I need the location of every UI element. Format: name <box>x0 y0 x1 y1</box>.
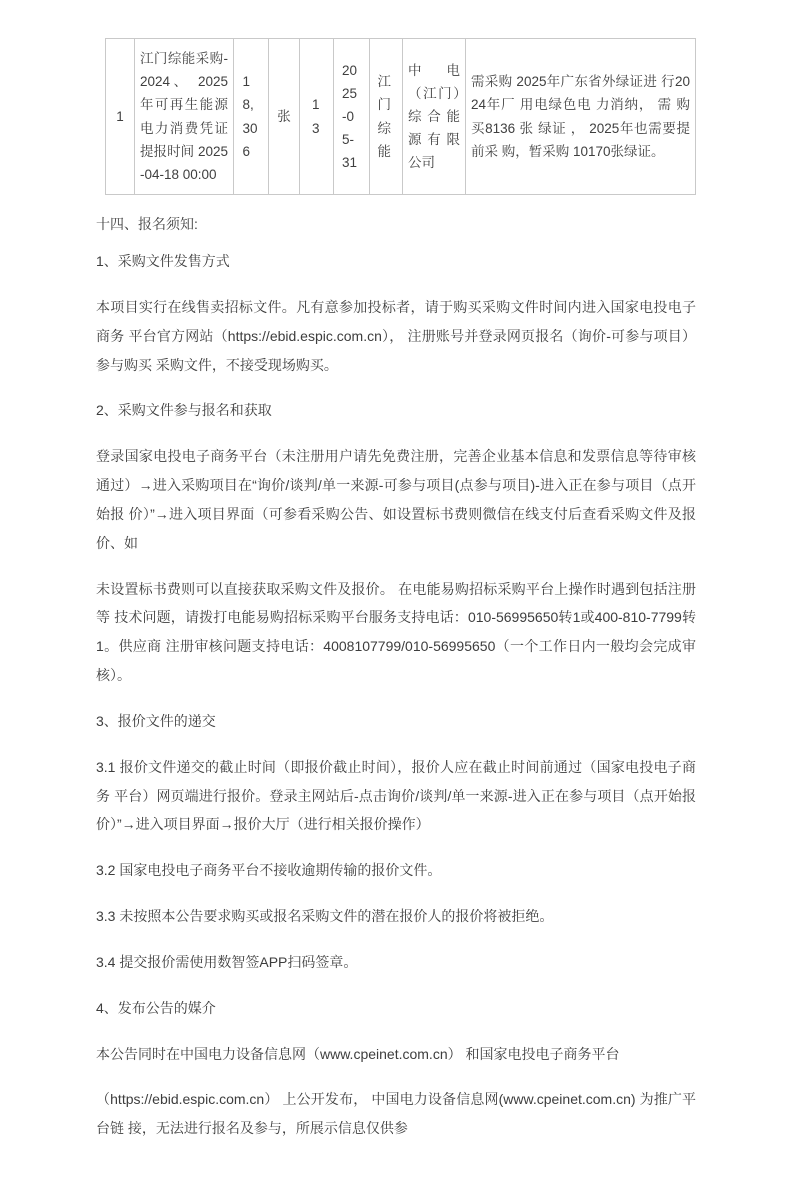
cell-remark: 需采购 2025年广东省外绿证进 行2024年厂 用电绿色电 力消纳， 需 购买… <box>466 39 696 195</box>
paragraph-3-4-signature-app: 3.4 提交报价需使用数智签APP扫码签章。 <box>96 948 696 977</box>
cell-company: 中电（江门）综合能源有限公司 <box>403 39 466 195</box>
heading-signup-and-obtain: 2、采购文件参与报名和获取 <box>96 396 696 425</box>
cell-unit: 张 <box>269 39 300 195</box>
paragraph-3-2-no-late: 3.2 国家电投电子商务平台不接收逾期传输的报价文件。 <box>96 856 696 885</box>
procurement-table: 1 江门综能采购-2024、 2025年可再生能源电力消费凭证 提报时间 202… <box>105 38 696 195</box>
org-name: 江门综能 <box>378 70 395 163</box>
cell-value: 13 <box>300 39 334 195</box>
heading-purchase-file-sale: 1、采购文件发售方式 <box>96 247 696 276</box>
paragraph-online-sale: 本项目实行在线售卖招标文件。凡有意参加投标者，请于购买采购文件时间内进入国家电投… <box>96 293 696 379</box>
paragraph-3-1-deadline: 3.1 报价文件递交的截止时间（即报价截止时间），报价人应在截止时间前通过（国家… <box>96 753 696 839</box>
heading-announcement-media: 4、发布公告的媒介 <box>96 994 696 1023</box>
cell-quantity: 18,306 <box>234 39 269 195</box>
cell-org: 江门综能 <box>370 39 403 195</box>
paragraph-3-3-rejected: 3.3 未按照本公告要求购买或报名采购文件的潜在报价人的报价将被拒绝。 <box>96 902 696 931</box>
table-row: 1 江门综能采购-2024、 2025年可再生能源电力消费凭证 提报时间 202… <box>106 39 696 195</box>
quantity-value: 18,306 <box>243 70 260 163</box>
cell-project-name: 江门综能采购-2024、 2025年可再生能源电力消费凭证 提报时间 2025-… <box>135 39 234 195</box>
paragraph-promo-platform-note: （https://ebid.espic.com.cn） 上公开发布， 中国电力设… <box>96 1085 696 1143</box>
document-page: 1 江门综能采购-2024、 2025年可再生能源电力消费凭证 提报时间 202… <box>0 0 793 1190</box>
cell-deadline: 2025-05-31 <box>334 39 370 195</box>
deadline-date: 2025-05-31 <box>342 59 361 175</box>
section-heading-14: 十四、报名须知: <box>96 210 696 239</box>
value-number: 13 <box>312 93 321 139</box>
paragraph-no-fee-and-support-phone: 未设置标书费则可以直接获取采购文件及报价。 在电能易购招标采购平台上操作时遇到包… <box>96 575 696 690</box>
cell-seq: 1 <box>106 39 135 195</box>
heading-quotation-submission: 3、报价文件的递交 <box>96 707 696 736</box>
document-body: 十四、报名须知: 1、采购文件发售方式 本项目实行在线售卖招标文件。凡有意参加投… <box>96 210 696 1143</box>
paragraph-login-platform: 登录国家电投电子商务平台（未注册用户请先免费注册，完善企业基本信息和发票信息等待… <box>96 442 696 557</box>
paragraph-published-on-sites: 本公告同时在中国电力设备信息网（www.cpeinet.com.cn） 和国家电… <box>96 1040 696 1069</box>
